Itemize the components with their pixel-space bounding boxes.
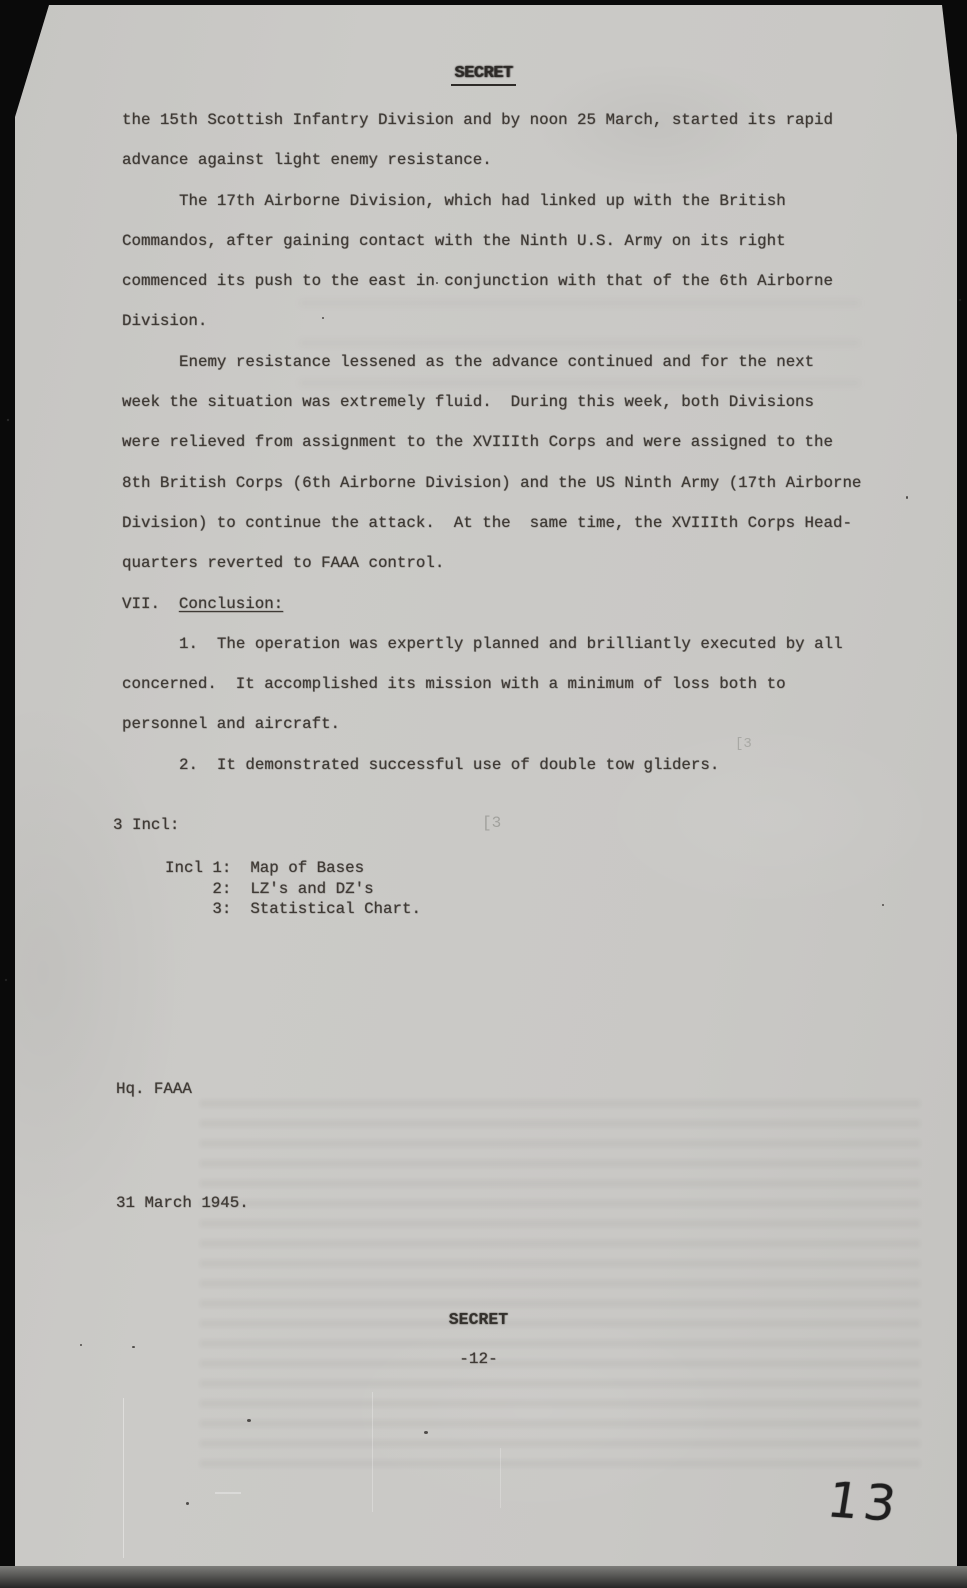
body-line: the 15th Scottish Infantry Division and …	[122, 100, 861, 140]
body-line: 8th British Corps (6th Airborne Division…	[122, 463, 861, 503]
body-line: concerned. It accomplished its mission w…	[122, 664, 861, 704]
classification-stamp-bottom: SECRET	[0, 1310, 957, 1329]
dust-speck	[80, 1344, 82, 1346]
body-line: week the situation was extremely fluid. …	[122, 382, 861, 422]
dust-speck	[322, 317, 324, 319]
dust-speck	[247, 1419, 251, 1422]
inclosure-item: 3: Statistical Chart.	[165, 899, 421, 920]
bleed-through-texture	[200, 1100, 920, 1470]
scratch-mark	[500, 1448, 501, 1508]
dust-speck	[906, 496, 908, 499]
inclosure-item: 2: LZ's and DZ's	[165, 879, 421, 900]
heading-numeral: VII.	[122, 595, 179, 613]
signature-block: Hq. FAAA 31 March 1945.	[116, 994, 249, 1260]
body-line: commenced its push to the east in conjun…	[122, 261, 861, 301]
faint-pencil-mark: [3	[735, 736, 752, 752]
section-heading-line: VII. Conclusion:	[122, 584, 861, 624]
document-body: the 15th Scottish Infantry Division and …	[122, 100, 861, 785]
dust-speck	[132, 1346, 135, 1348]
inclosure-list: Incl 1: Map of Bases 2: LZ's and DZ's 3:…	[165, 858, 421, 920]
body-line: The 17th Airborne Division, which had li…	[122, 181, 861, 221]
scratch-mark	[123, 1398, 124, 1558]
scratch-mark	[215, 1492, 241, 1494]
dust-speck	[424, 1431, 428, 1434]
handwritten-page-number: 13	[824, 1472, 905, 1534]
dust-speck	[186, 1502, 189, 1505]
body-line: Division.	[122, 301, 861, 341]
body-line: advance against light enemy resistance.	[122, 140, 861, 180]
body-line: Commandos, after gaining contact with th…	[122, 221, 861, 261]
dust-speck	[882, 904, 884, 906]
body-line: Division) to continue the attack. At the…	[122, 503, 861, 543]
signature-unit: Hq. FAAA	[116, 1070, 249, 1108]
scanner-bed-edge	[0, 1566, 967, 1588]
scratch-mark	[372, 1392, 373, 1512]
page-number: -12-	[0, 1350, 957, 1368]
inclosure-count: 3 Incl:	[113, 814, 179, 836]
body-line: 1. The operation was expertly planned an…	[122, 624, 861, 664]
inclosure-item: Incl 1: Map of Bases	[165, 858, 421, 879]
faint-pencil-mark: [3	[482, 814, 501, 832]
body-line: were relieved from assignment to the XVI…	[122, 422, 861, 462]
dust-speck	[436, 282, 438, 284]
underlined-heading: Conclusion:	[179, 595, 283, 613]
signature-date: 31 March 1945.	[116, 1184, 249, 1222]
classification-stamp-top: SECRET	[0, 64, 967, 83]
body-line: Enemy resistance lessened as the advance…	[122, 342, 861, 382]
body-line: quarters reverted to FAAA control.	[122, 543, 861, 583]
classification-stamp-top-text: SECRET	[451, 64, 515, 86]
